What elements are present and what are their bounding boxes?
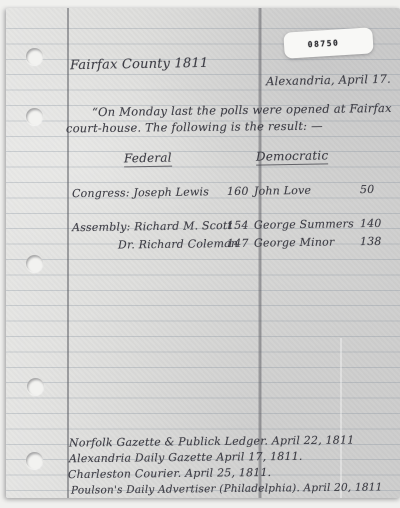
- punch-hole: [26, 452, 43, 469]
- margin-line: [67, 8, 69, 498]
- page-title: Fairfax County 1811: [70, 56, 209, 73]
- paper-crease: [258, 8, 262, 498]
- federal-votes: 154: [227, 219, 254, 232]
- punch-hole: [26, 108, 43, 125]
- democratic-votes: 50: [360, 183, 384, 196]
- dateline: Alexandria, April 17.: [266, 72, 391, 89]
- column-header-democratic: Democratic: [256, 148, 329, 165]
- democratic-candidate: George Summers: [254, 217, 360, 231]
- punch-hole: [26, 255, 43, 272]
- underlying-sheet-edge: [340, 338, 342, 498]
- punch-hole: [26, 48, 43, 65]
- federal-votes: 160: [227, 185, 254, 198]
- column-header-federal: Federal: [124, 151, 172, 168]
- body-line-2: court-house. The following is the result…: [66, 119, 323, 136]
- source-citation: Alexandria Daily Gazette April 17, 1811.: [69, 450, 303, 465]
- punch-hole: [27, 378, 44, 395]
- federal-votes: 147: [227, 237, 254, 250]
- democratic-votes: 140: [360, 217, 384, 230]
- federal-candidate: Congress: Joseph Lewis: [72, 185, 227, 200]
- catalog-label: 08750: [283, 27, 373, 58]
- federal-candidate: Assembly: Richard M. Scott: [72, 219, 227, 234]
- democratic-candidate: John Love: [254, 183, 360, 197]
- scanned-document: 08750 Fairfax County 1811 Alexandria, Ap…: [0, 0, 400, 508]
- catalog-number: 08750: [307, 37, 349, 49]
- democratic-candidate: George Minor: [254, 235, 360, 249]
- source-citation: Charleston Courier. April 25, 1811.: [68, 466, 271, 481]
- democratic-votes: 138: [360, 235, 384, 248]
- federal-candidate: Dr. Richard Coleman: [72, 237, 227, 252]
